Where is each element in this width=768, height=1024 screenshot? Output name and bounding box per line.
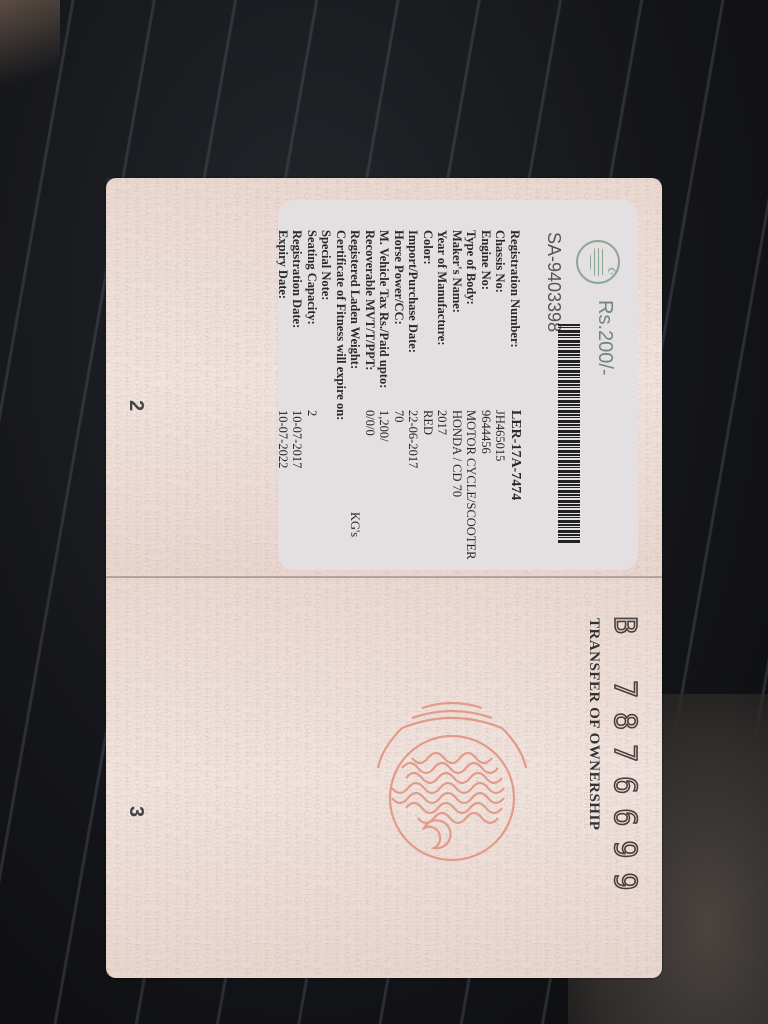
field-value (334, 410, 349, 560)
punjab-logo-icon (576, 240, 620, 284)
field-value: HONDA / CD 70 (450, 410, 465, 560)
field-row: Engine No:9644456 (479, 230, 494, 560)
field-label: Color: (421, 230, 436, 410)
page-right: MOTOR VEHICLE REGISTRATION MOTOR VEHICLE… (106, 578, 662, 978)
field-label: Chassis No: (493, 230, 508, 410)
field-label: Maker's Name: (450, 230, 465, 410)
field-label: M. Vehicle Tax Rs./Paid upto: (377, 230, 392, 410)
field-label: Expiry Date: (276, 230, 291, 410)
field-label: Registration Date: (290, 230, 305, 410)
field-row: Special Note: (319, 230, 334, 560)
field-label: Registered Laden Weight: (348, 230, 363, 410)
field-label: Special Note: (319, 230, 334, 410)
page-left: MOTOR VEHICLE REGISTRATION MOTOR VEHICLE… (106, 178, 662, 578)
field-row: Registered Laden Weight:KG's (348, 230, 363, 560)
field-unit: KG's (349, 512, 363, 537)
field-row: M. Vehicle Tax Rs./Paid upto:1,200/ (377, 230, 392, 560)
field-label: Certificate of Fitness will expire on: (334, 230, 349, 410)
fee-label: Rs.200/- (593, 300, 616, 376)
background-corner (0, 0, 60, 90)
field-row: Registration Number:LER-17A-7474 (508, 230, 523, 560)
field-value (319, 410, 334, 560)
field-row: Horse Power/CC:70 (392, 230, 407, 560)
field-value: 22-06-2017 (406, 410, 421, 560)
field-value: 70 (392, 410, 407, 560)
perforated-number: B 7876699 (607, 616, 642, 905)
punjab-emblem-icon (362, 688, 542, 888)
field-label: Import/Purchase Date: (406, 230, 421, 410)
field-value (348, 410, 363, 560)
field-label: Type of Body: (464, 230, 479, 410)
field-row: Expiry Date:10-07-2022 (276, 230, 291, 560)
field-row: Registration Date:10-07-2017 (290, 230, 305, 560)
field-row: Certificate of Fitness will expire on: (334, 230, 349, 560)
field-label: Registration Number: (508, 230, 523, 410)
field-value: RED (421, 410, 436, 560)
field-row: Seating Capacity:2 (305, 230, 320, 560)
serial-number: SA-9403398 (543, 232, 564, 332)
field-row: Color:RED (421, 230, 436, 560)
field-row: Maker's Name:HONDA / CD 70 (450, 230, 465, 560)
vehicle-info-panel: Rs.200/- SA-9403398 Registration Number:… (278, 200, 638, 570)
field-value: 9644456 (479, 410, 494, 560)
field-value: 10-07-2022 (276, 410, 291, 560)
field-row: Import/Purchase Date:22-06-2017 (406, 230, 421, 560)
field-value: 2 (305, 410, 320, 560)
field-value: LER-17A-7474 (508, 410, 523, 560)
page-number: 2 (124, 400, 147, 411)
vehicle-fields: Registration Number:LER-17A-7474Chassis … (276, 230, 523, 560)
field-row: Recoverable MVT/T/PPT:0/0/0 (363, 230, 378, 560)
field-value: MOTOR CYCLE/SCOOTER (464, 410, 479, 560)
field-value: JH465015 (493, 410, 508, 560)
transfer-of-ownership-title: TRANSFER OF OWNERSHIP (585, 618, 602, 830)
page-number: 3 (124, 806, 147, 817)
field-row: Chassis No:JH465015 (493, 230, 508, 560)
field-value: 1,200/ (377, 410, 392, 560)
field-label: Seating Capacity: (305, 230, 320, 410)
registration-book: MOTOR VEHICLE REGISTRATION MOTOR VEHICLE… (106, 178, 662, 978)
barcode-icon (558, 324, 580, 544)
field-row: Type of Body:MOTOR CYCLE/SCOOTER (464, 230, 479, 560)
field-row: Year of Manufacture:2017 (435, 230, 450, 560)
field-value: 0/0/0 (363, 410, 378, 560)
panel-header: Rs.200/- SA-9403398 (518, 200, 638, 570)
field-value: 2017 (435, 410, 450, 560)
field-label: Engine No: (479, 230, 494, 410)
field-label: Recoverable MVT/T/PPT: (363, 230, 378, 410)
field-value: 10-07-2017 (290, 410, 305, 560)
field-label: Year of Manufacture: (435, 230, 450, 410)
field-label: Horse Power/CC: (392, 230, 407, 410)
